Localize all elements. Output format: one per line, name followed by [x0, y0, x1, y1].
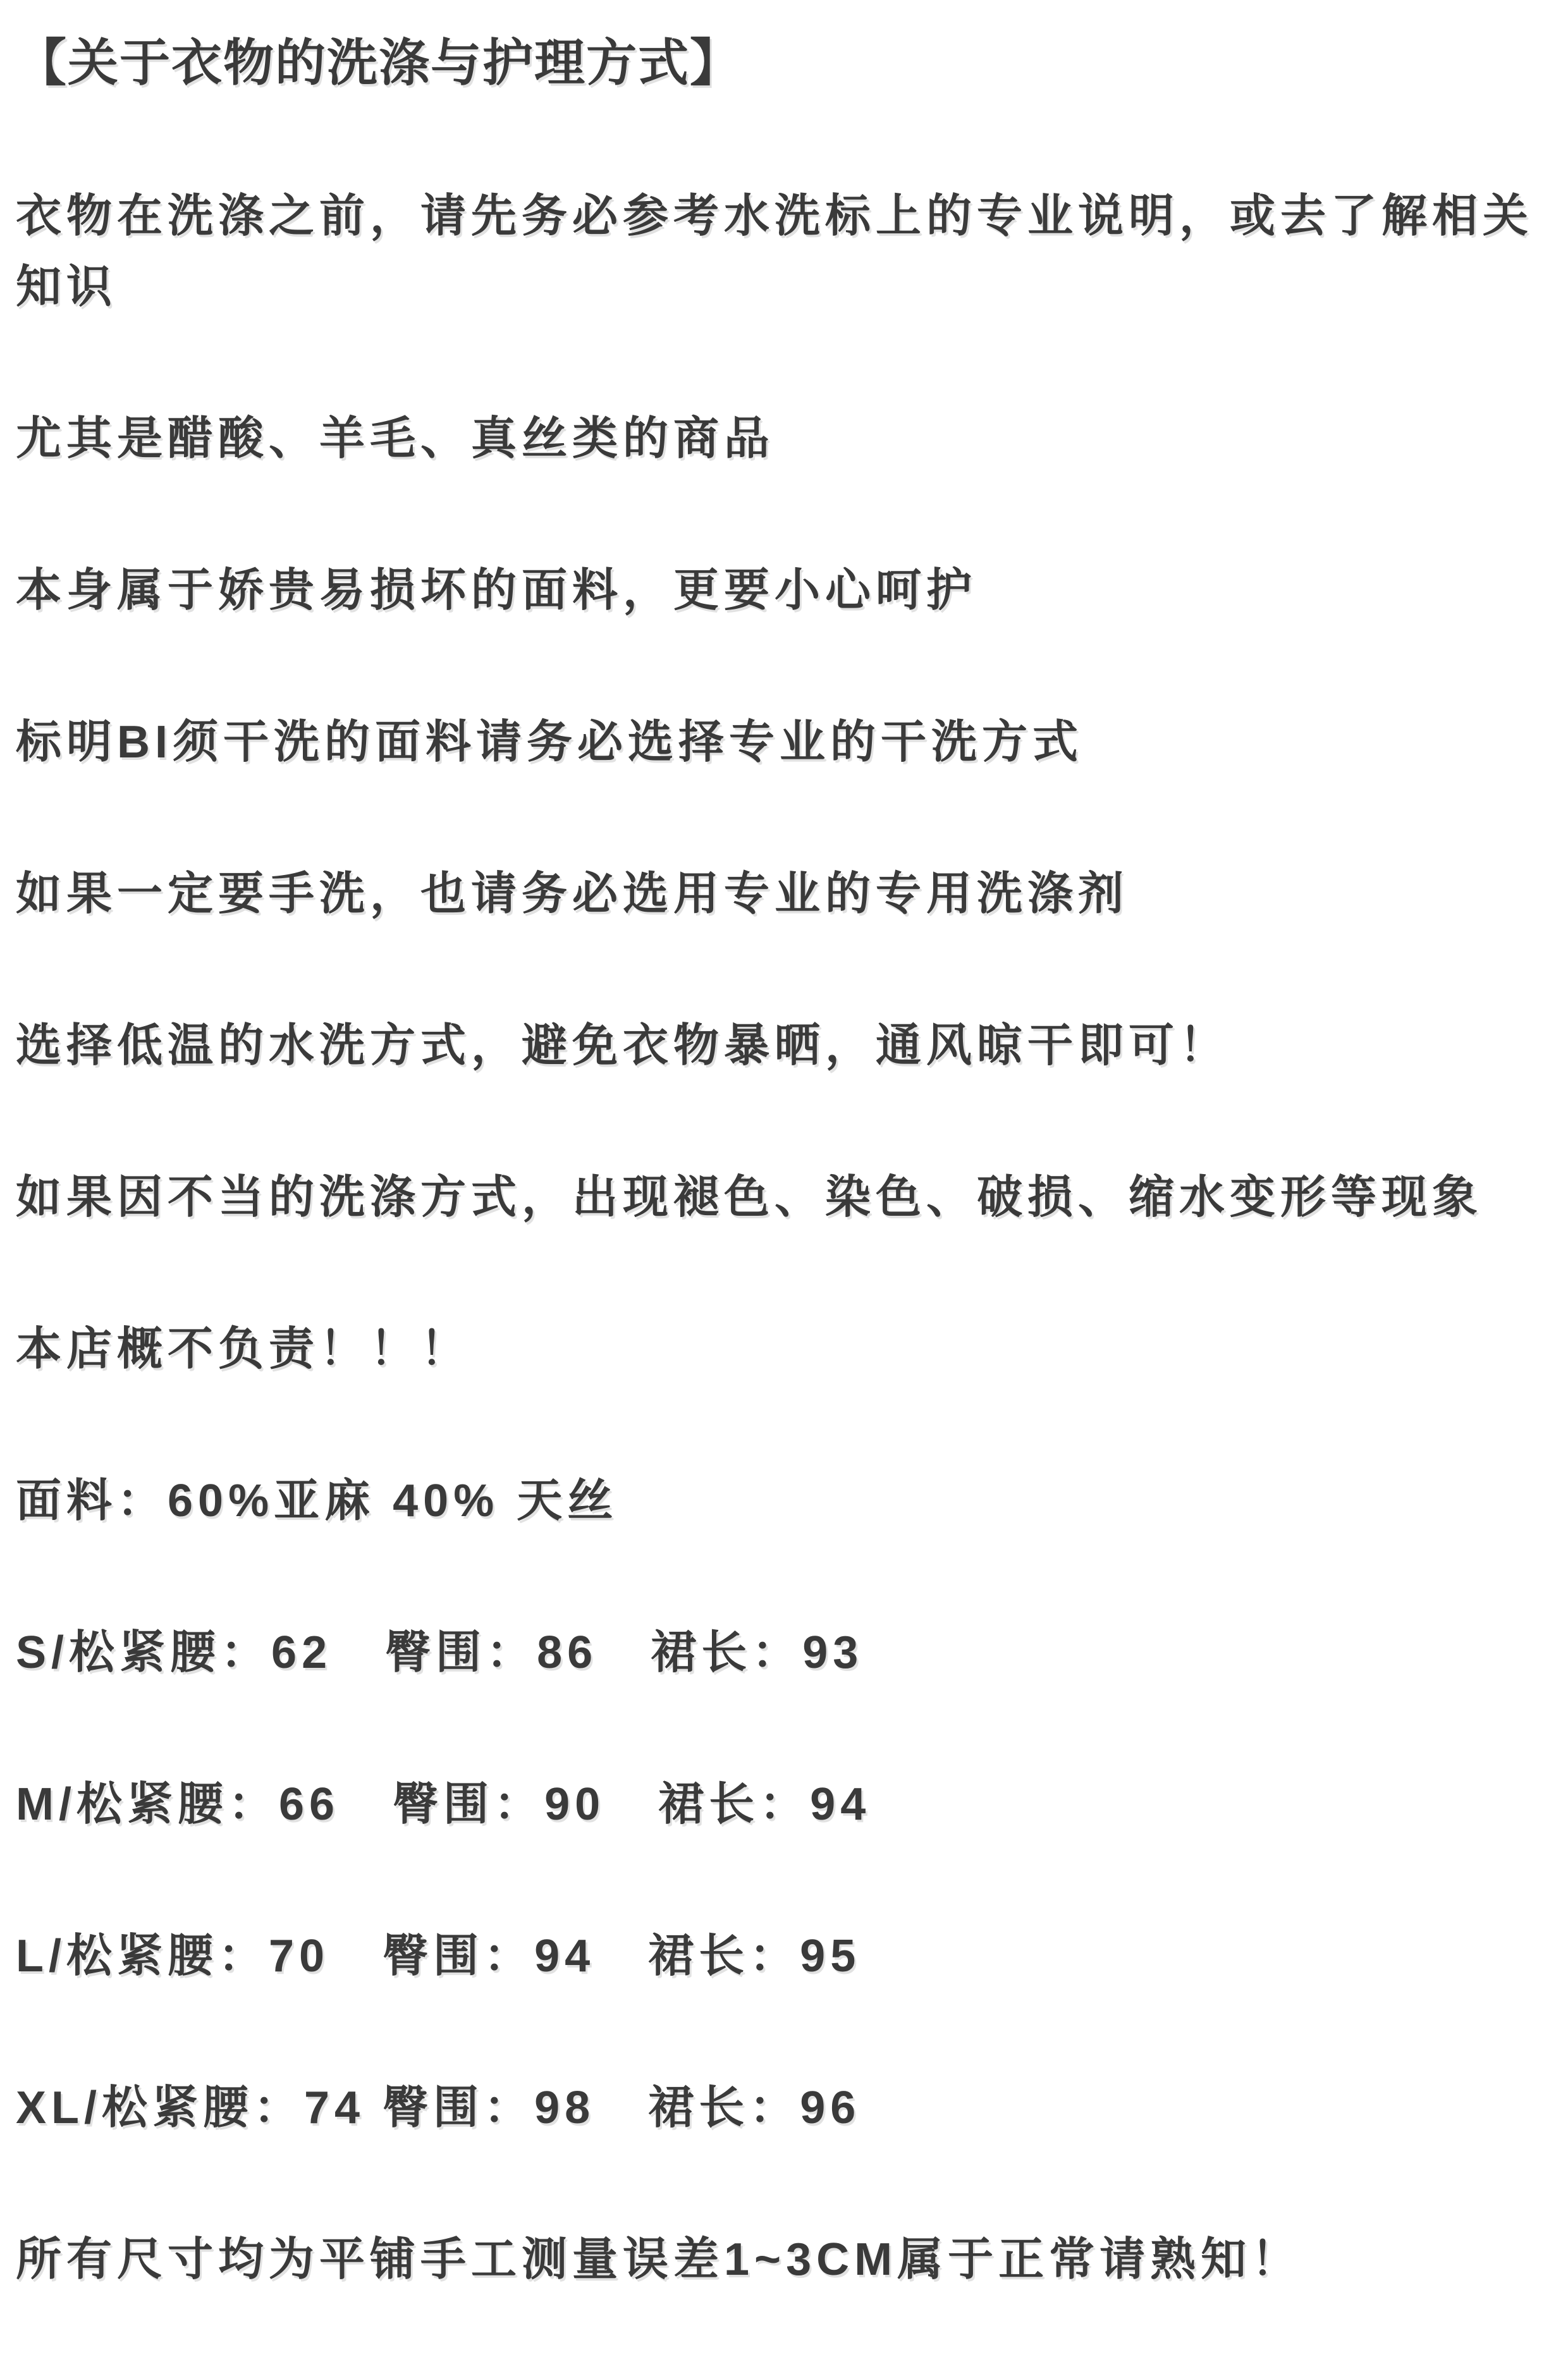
care-title: 【关于衣物的洗涤与护理方式】: [16, 20, 1555, 106]
low-temp-wash-note: 选择低温的水洗方式，避免衣物暴晒，通风晾干即可！: [16, 1010, 1555, 1081]
size-line-xl: XL/松紧腰：74 臀围：98 裙长：96: [16, 2072, 1555, 2143]
acetate-wool-silk-note: 尤其是醋酸、羊毛、真丝类的商品: [16, 403, 1555, 474]
care-instructions-page: 【关于衣物的洗涤与护理方式】 衣物在洗涤之前，请先务必参考水洗标上的专业说明，或…: [0, 0, 1568, 2357]
size-line-m: M/松紧腰：66 臀围：90 裙长：94: [16, 1769, 1555, 1840]
damage-cases-note: 如果因不当的洗涤方式，出现褪色、染色、破损、缩水变形等现象: [16, 1162, 1555, 1233]
size-line-s: S/松紧腰：62 臀围：86 裙长：93: [16, 1617, 1555, 1688]
wash-before-note: 衣物在洗涤之前，请先务必参考水洗标上的专业说明，或去了解相关 知识: [16, 181, 1555, 322]
hand-wash-note: 如果一定要手洗，也请务必选用专业的专用洗涤剂: [16, 859, 1555, 929]
care-paragraphs: 衣物在洗涤之前，请先务必参考水洗标上的专业说明，或去了解相关 知识尤其是醋酸、羊…: [16, 181, 1555, 2295]
delicate-fabric-note: 本身属于娇贵易损坏的面料，更要小心呵护: [16, 555, 1555, 626]
fabric-composition: 面料：60%亚麻 40% 天丝: [16, 1466, 1555, 1536]
dry-clean-note: 标明BI须干洗的面料请务必选择专业的干洗方式: [16, 707, 1555, 778]
store-disclaimer: 本店概不负责！！！: [16, 1314, 1555, 1385]
measurement-tolerance-note: 所有尺寸均为平铺手工测量误差1~3CM属于正常请熟知！: [16, 2224, 1555, 2295]
size-line-l: L/松紧腰：70 臀围：94 裙长：95: [16, 1921, 1555, 1992]
